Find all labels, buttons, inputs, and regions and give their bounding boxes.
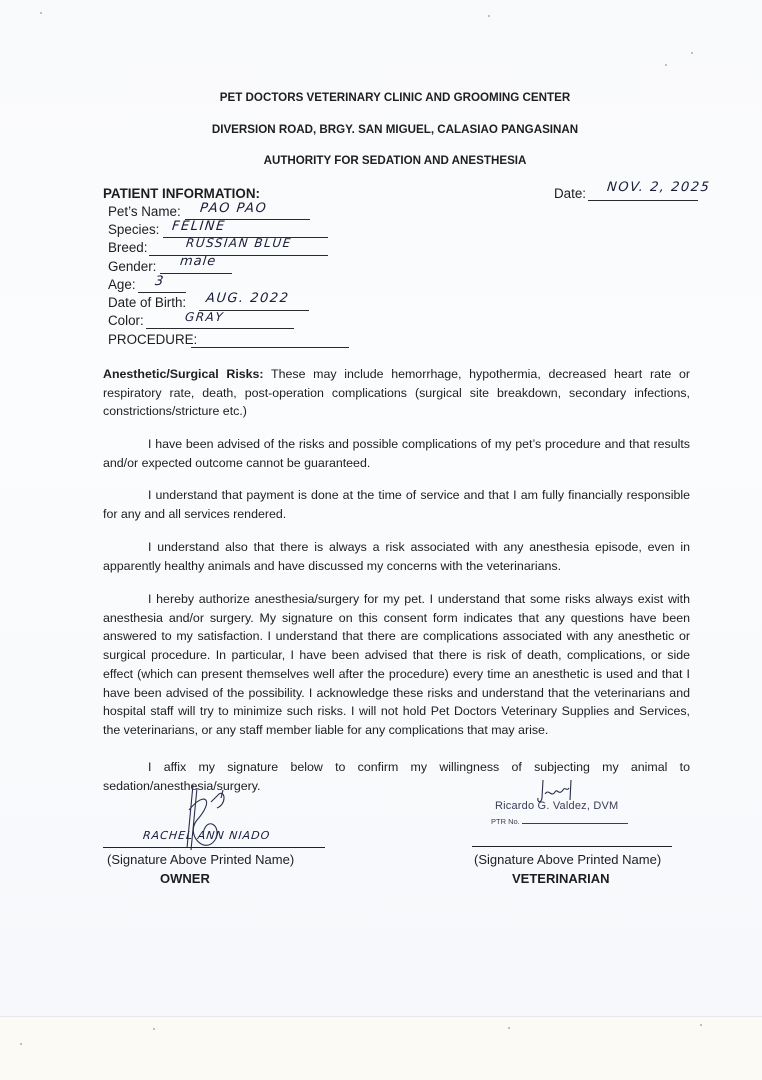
gender-underline [160,273,232,274]
risks-paragraph: Anesthetic/Surgical Risks: These may inc… [103,365,690,421]
scan-speck [700,1024,702,1026]
procedure-label: PROCEDURE: [108,332,197,347]
breed-label: Breed: [108,240,147,255]
vet-ptr-label: PTR No. [491,817,520,826]
date-of-birth-label: Date of Birth: [108,295,186,310]
clinic-name: PET DOCTORS VETERINARY CLINIC AND GROOMI… [0,91,762,104]
date-of-birth-value[interactable]: AUG. 2022 [205,291,290,306]
pet-name-label: Pet’s Name: [108,204,181,219]
authorization-text: I hereby authorize anesthesia/surgery fo… [103,592,690,737]
authorization-paragraph: I hereby authorize anesthesia/surgery fo… [103,590,690,740]
color-underline [146,328,294,329]
scan-speck [20,1043,22,1045]
scan-speck [488,15,490,17]
age-label: Age: [108,277,136,292]
age-value[interactable]: 3 [154,274,165,289]
payment-paragraph: I understand that payment is done at the… [103,486,690,523]
risks-label: Anesthetic/Surgical Risks: [103,367,264,381]
species-label: Species: [108,222,159,237]
advised-text: I have been advised of the risks and pos… [103,437,690,470]
date-underline [588,200,698,201]
owner-signature-line[interactable] [103,847,325,848]
vet-signature-caption: (Signature Above Printed Name) [474,852,661,867]
form-title: AUTHORITY FOR SEDATION AND ANESTHESIA [0,154,762,167]
owner-signature-scrawl [175,780,235,860]
procedure-underline [191,347,349,348]
scan-speck [40,12,42,14]
age-underline [138,292,186,293]
scanner-bed [0,1017,762,1080]
pet-name-value[interactable]: PAO PAO [199,201,268,216]
scan-speck [691,52,693,54]
scan-speck [665,64,667,66]
date-label: Date: [554,186,586,201]
date-value[interactable]: NOV. 2, 2025 [606,180,711,195]
risk-awareness-text: I understand also that there is always a… [103,540,690,573]
breed-underline [149,255,328,256]
scan-speck [153,1028,155,1030]
advised-paragraph: I have been advised of the risks and pos… [103,435,690,472]
breed-value[interactable]: RUSSIAN BLUE [185,236,292,250]
patient-info-title: PATIENT INFORMATION: [103,186,260,201]
clinic-address: DIVERSION ROAD, BRGY. SAN MIGUEL, CALASI… [0,123,762,136]
payment-text: I understand that payment is done at the… [103,488,690,521]
vet-ptr-underline [522,823,628,824]
gender-value[interactable]: male [179,254,217,269]
owner-role: OWNER [160,871,210,886]
species-value[interactable]: FELINE [171,219,226,234]
color-label: Color: [108,313,144,328]
gender-label: Gender: [108,259,156,274]
vet-stamped-name: Ricardo G. Valdez, DVM [495,800,618,812]
owner-signature-caption: (Signature Above Printed Name) [107,852,294,867]
vet-role: VETERINARIAN [512,871,610,886]
scan-speck [508,1027,510,1029]
color-value[interactable]: GRAY [184,310,225,324]
risk-awareness-paragraph: I understand also that there is always a… [103,538,690,575]
vet-signature-line[interactable] [472,846,672,847]
